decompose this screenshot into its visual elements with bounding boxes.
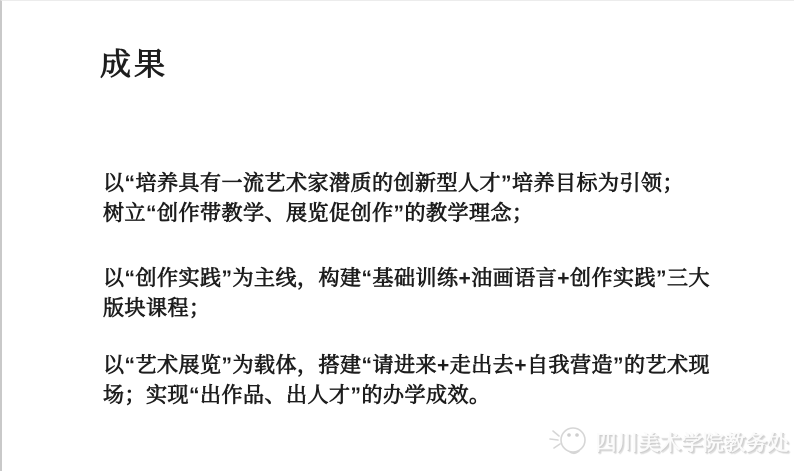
watermark: 四川美术学院教务处 xyxy=(546,422,790,462)
paragraph-line: 以“创作实践”为主线，构建“基础训练+油画语言+创作实践”三大 xyxy=(103,264,743,294)
paragraph-line: 场；实现“出作品、出人才”的办学成效。 xyxy=(103,381,743,411)
paragraph-art-exhibition: 以“艺术展览”为载体，搭建“请进来+走出去+自我营造”的艺术现 场；实现“出作品… xyxy=(103,351,743,411)
page-title: 成果 xyxy=(100,39,168,84)
paragraph-line: 以“培养具有一流艺术家潜质的创新型人才”培养目标为引领； xyxy=(103,169,743,199)
paragraph-guiding-goal: 以“培养具有一流艺术家潜质的创新型人才”培养目标为引领； 树立“创作带教学、展览… xyxy=(103,169,743,229)
paragraph-line: 版块课程； xyxy=(103,294,743,324)
paragraph-line: 树立“创作带教学、展览促创作”的教学理念； xyxy=(103,199,743,229)
slide: 成果 以“培养具有一流艺术家潜质的创新型人才”培养目标为引领； 树立“创作带教学… xyxy=(0,0,794,471)
watermark-text: 四川美术学院教务处 xyxy=(596,427,790,457)
scfai-logo-icon xyxy=(546,422,592,462)
paragraph-line: 以“艺术展览”为载体，搭建“请进来+走出去+自我营造”的艺术现 xyxy=(103,351,743,381)
paragraph-creative-practice: 以“创作实践”为主线，构建“基础训练+油画语言+创作实践”三大 版块课程； xyxy=(103,264,743,324)
